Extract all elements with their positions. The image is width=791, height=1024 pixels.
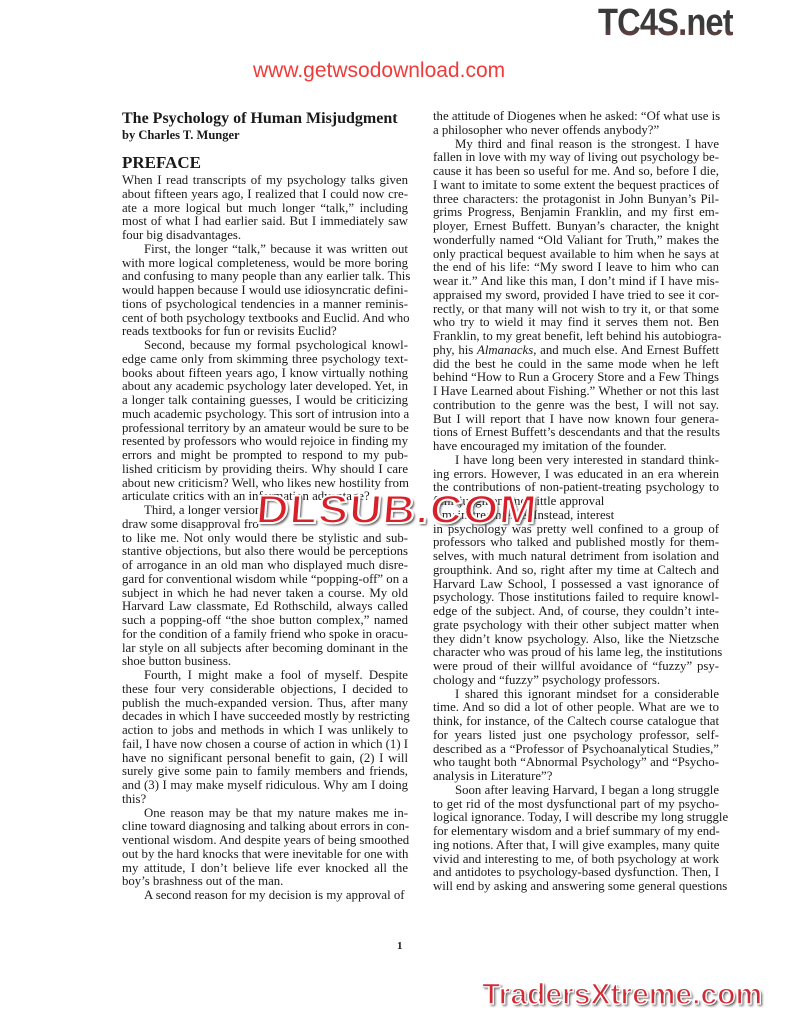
text-line: vivid and interesting to me, of both psy… (433, 853, 719, 867)
text-line: who try to wield it may find it serves t… (433, 316, 719, 330)
text-line: Second, because my formal psychological … (122, 339, 408, 353)
text-line: psychology. Those institutions failed to… (433, 591, 719, 605)
watermark-dlsub: DLSUB.COM (254, 488, 539, 533)
text-line: described as a “Professor of Psychoanaly… (433, 743, 719, 757)
watermark-url: www.getwsodownload.com (253, 59, 505, 83)
text-line: and antidotes to psychology-based dysfun… (433, 866, 719, 880)
text-line: Harvard Law School, I possessed a vast i… (433, 578, 719, 592)
text-line: of arrogance in an old man who displayed… (122, 559, 408, 573)
text-line: cent of both psychology textbooks and Eu… (122, 312, 408, 326)
text-line: did the best he could in the same mode w… (433, 358, 719, 372)
text-line: they didn’t know psychology. Also, like … (433, 633, 719, 647)
text-line: A second reason for my decision is my ap… (122, 889, 408, 903)
text-line: logical ignorance. Today, I will describ… (433, 811, 719, 825)
document-title: The Psychology of Human Misjudgment (122, 110, 398, 128)
text-line: for the condition of a family friend who… (122, 628, 408, 642)
text-line: about fifteen years ago, I realized that… (122, 188, 408, 202)
page-number: 1 (397, 940, 403, 952)
left-column: When I read transcripts of my psychology… (122, 174, 408, 903)
text-line: character who was proud of his lame leg,… (433, 646, 719, 660)
text-line: appraised my sword, provided I have trie… (433, 289, 719, 303)
text-line: I want to imitate to some extent the beq… (433, 179, 719, 193)
text-line: action to jobs and methods in which I wa… (122, 724, 408, 738)
text-line: books about fifteen years ago, I know vi… (122, 367, 408, 381)
text-line: for years listed just one psychology pro… (433, 729, 719, 743)
text-line: But I will report that I have now known … (433, 413, 719, 427)
text-line: these four very considerable objections,… (122, 683, 408, 697)
text-line: for elementary wisdom and a brief summar… (433, 825, 719, 839)
text-line: shoe button business. (122, 655, 408, 669)
text-line: contribution to the genre was the best, … (433, 399, 719, 413)
text-line: cline toward diagnosing and talking abou… (122, 820, 408, 834)
text-line: My third and final reason is the stronge… (433, 138, 719, 152)
text-line: errors and might be prompted to respond … (122, 449, 408, 463)
text-line: professors who talked and published most… (433, 536, 719, 550)
text-line: fallen in love with my way of living out… (433, 151, 719, 165)
text-line: publish the much-expanded version. Thus,… (122, 697, 408, 711)
text-line: reads textbooks for fun or revisits Eucl… (122, 325, 408, 339)
text-line: Soon after leaving Harvard, I began a lo… (433, 784, 719, 798)
text-line: most of what I had earlier said. But I i… (122, 215, 408, 229)
text-line: surely give some pain to family members … (122, 765, 408, 779)
text-line: much academic psychology. This sort of i… (122, 408, 408, 422)
text-line: and confusing to many people than any ea… (122, 270, 408, 284)
text-line: fail, I have now chosen a course of acti… (122, 738, 408, 752)
text-line: have no significant personal benefit to … (122, 752, 408, 766)
text-line: rectly, or that many will not wish to tr… (433, 303, 719, 317)
text-line: grate psychology with their other subjec… (433, 619, 719, 633)
text-line: I have long been very interested in stan… (433, 454, 719, 468)
text-line: ing errors. However, I was educated in a… (433, 468, 719, 482)
text-line: decades in which I have succeeded mostly… (122, 710, 408, 724)
text-line: will end by asking and answering some ge… (433, 880, 719, 894)
text-line: such a popping-off “the shoe button comp… (122, 614, 408, 628)
text-line: would happen because I would use idiosyn… (122, 284, 408, 298)
text-line: with more logical completeness, would be… (122, 257, 408, 271)
text-line: three characters: the protagonist in Joh… (433, 193, 719, 207)
text-line: subject in which he had never taken a co… (122, 587, 408, 601)
text-line: lished criticism by providing theirs. Wh… (122, 463, 408, 477)
text-line: boy’s brashness out of the man. (122, 875, 408, 889)
text-line: behind “How to Run a Grocery Store and a… (433, 371, 719, 385)
text-line: to like me. Not only would there be styl… (122, 532, 408, 546)
text-line: have encouraged my imitation of the foun… (433, 440, 719, 454)
text-line: grims Progress, Benjamin Franklin, and m… (433, 206, 719, 220)
text-line: groupthink. And so, right after my time … (433, 564, 719, 578)
text-line: edge of the subject. And, of course, the… (433, 605, 719, 619)
text-line: gard for conventional wisdom while “popp… (122, 573, 408, 587)
text-line: time. And so did a lot of other people. … (433, 701, 719, 715)
text-line: think, for instance, of the Caltech cour… (433, 715, 719, 729)
text-line: about any academic psychology later deve… (122, 380, 408, 394)
text-line: ventional wisdom. And despite years of b… (122, 834, 408, 848)
text-line: tions of Ernest Buffett’s descendants an… (433, 426, 719, 440)
text-line: edge came only from skimming three psych… (122, 353, 408, 367)
text-line: to get rid of the most dysfunctional par… (433, 798, 719, 812)
text-line: Fourth, I might make a fool of myself. D… (122, 669, 408, 683)
text-line: four big disadvantages. (122, 229, 408, 243)
text-line: a longer talk containing guesses, I woul… (122, 394, 408, 408)
section-heading: PREFACE (122, 153, 201, 173)
text-line: Harvard Law classmate, Ed Rothschild, al… (122, 600, 408, 614)
text-line: ing notions. After that, I will give exa… (433, 839, 719, 853)
text-line: I shared this ignorant mindset for a con… (433, 688, 719, 702)
text-line: tions of psychological tendencies in a m… (122, 298, 408, 312)
text-line: a philosopher who never offends anybody?… (433, 124, 719, 138)
text-line: professional territory by an amateur wou… (122, 422, 408, 436)
text-line: resented by professors who would rejoice… (122, 435, 408, 449)
text-line: who taught both “Abnormal Psychology” an… (433, 756, 719, 770)
text-line: I Have Learned about Fishing.” Whether o… (433, 385, 719, 399)
text-line: chology and “fuzzy” psychology professor… (433, 674, 719, 688)
watermark-tc4s: TC4S.net (598, 2, 733, 45)
text-line: First, the longer “talk,” because it was… (122, 243, 408, 257)
text-line: this? (122, 793, 408, 807)
text-line: the attitude of Diogenes when he asked: … (433, 110, 719, 124)
text-line: One reason may be that my nature makes m… (122, 807, 408, 821)
text-line: analysis in Literature”? (433, 770, 719, 784)
text-line: my attitude, I don’t believe life ever k… (122, 862, 408, 876)
text-line: selves, with much natural detriment from… (433, 550, 719, 564)
text-line: lar style on all subjects after becoming… (122, 642, 408, 656)
text-line: out by the hard knocks that were inevita… (122, 848, 408, 862)
document-author: by Charles T. Munger (122, 128, 240, 143)
text-line: stantive objections, but also there woul… (122, 545, 408, 559)
text-line: were proud of their willful avoidance of… (433, 660, 719, 674)
text-line: cause it has been so useful for me. And … (433, 165, 719, 179)
text-line: When I read transcripts of my psychology… (122, 174, 408, 188)
text-line: only practical bequest available to him … (433, 248, 719, 262)
text-line: ployer, Ernest Buffett. Bunyan’s charact… (433, 220, 719, 234)
text-line: ate a more logical but much longer “talk… (122, 202, 408, 216)
watermark-tradersxtreme: TradersXtreme.com (482, 978, 762, 1012)
text-line: Franklin, to my great benefit, left behi… (433, 330, 719, 344)
text-line: wear it.” And like this man, I don’t min… (433, 275, 719, 289)
text-line: wonderfully named “Old Valiant for Truth… (433, 234, 719, 248)
text-line: the end of his life: “My sword I leave t… (433, 261, 719, 275)
text-line: and (3) I may make myself ridiculous. Wh… (122, 779, 408, 793)
text-line: phy, his Almanacks, and much else. And E… (433, 344, 719, 358)
